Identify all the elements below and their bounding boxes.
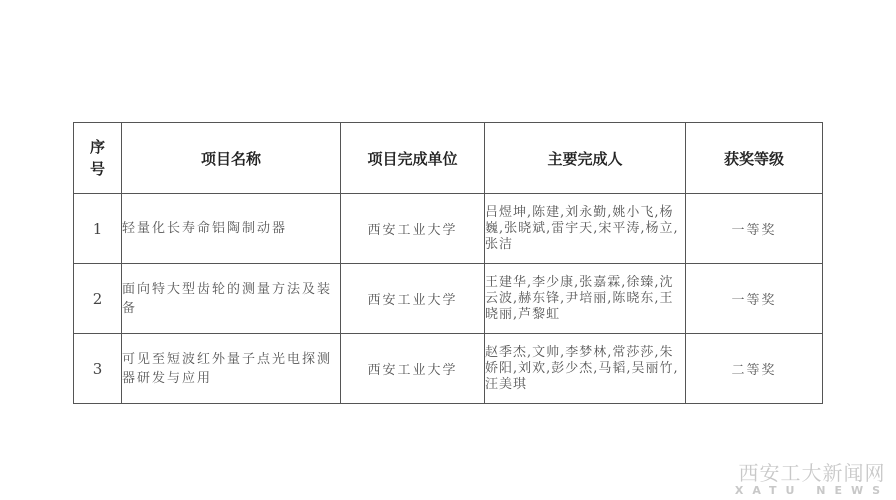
- cell-seq: 3: [74, 334, 122, 404]
- header-seq-line1: 序: [74, 136, 121, 158]
- cell-unit: 西安工业大学: [341, 264, 485, 334]
- watermark-cn: 西安工大新闻网: [728, 462, 896, 484]
- cell-unit: 西安工业大学: [341, 194, 485, 264]
- header-seq: 序 号: [74, 123, 122, 194]
- table-row: 3 可见至短波红外量子点光电探测器研发与应用 西安工业大学 赵季杰,文帅,李梦林…: [74, 334, 823, 404]
- cell-level: 二等奖: [686, 334, 823, 404]
- header-level: 获奖等级: [686, 123, 823, 194]
- cell-seq: 1: [74, 194, 122, 264]
- cell-project-name: 轻量化长寿命铝陶制动器: [122, 194, 341, 264]
- watermark-logo: 西安工大新闻网 XATU NEWS: [728, 462, 896, 497]
- cell-seq: 2: [74, 264, 122, 334]
- header-unit: 项目完成单位: [341, 123, 485, 194]
- cell-people: 吕煜坤,陈建,刘永勤,姚小飞,杨巍,张晓斌,雷宇天,宋平涛,杨立,张洁: [485, 194, 686, 264]
- cell-unit: 西安工业大学: [341, 334, 485, 404]
- cell-project-name: 面向特大型齿轮的测量方法及装备: [122, 264, 341, 334]
- table-row: 1 轻量化长寿命铝陶制动器 西安工业大学 吕煜坤,陈建,刘永勤,姚小飞,杨巍,张…: [74, 194, 823, 264]
- table-header-row: 序 号 项目名称 项目完成单位 主要完成人 获奖等级: [74, 123, 823, 194]
- cell-level: 一等奖: [686, 194, 823, 264]
- cell-project-name: 可见至短波红外量子点光电探测器研发与应用: [122, 334, 341, 404]
- header-project-name: 项目名称: [122, 123, 341, 194]
- cell-people: 赵季杰,文帅,李梦林,常莎莎,朱娇阳,刘欢,彭少杰,马韬,吴丽竹,汪美琪: [485, 334, 686, 404]
- cell-level: 一等奖: [686, 264, 823, 334]
- awards-table: 序 号 项目名称 项目完成单位 主要完成人 获奖等级 1 轻量化长寿命铝陶制动器…: [73, 122, 823, 404]
- watermark-en: XATU NEWS: [728, 484, 896, 497]
- cell-people: 王建华,李少康,张嘉霖,徐臻,沈云波,赫东锋,尹培丽,陈晓东,王晓丽,芦黎虹: [485, 264, 686, 334]
- header-seq-line2: 号: [74, 158, 121, 180]
- header-people: 主要完成人: [485, 123, 686, 194]
- table-row: 2 面向特大型齿轮的测量方法及装备 西安工业大学 王建华,李少康,张嘉霖,徐臻,…: [74, 264, 823, 334]
